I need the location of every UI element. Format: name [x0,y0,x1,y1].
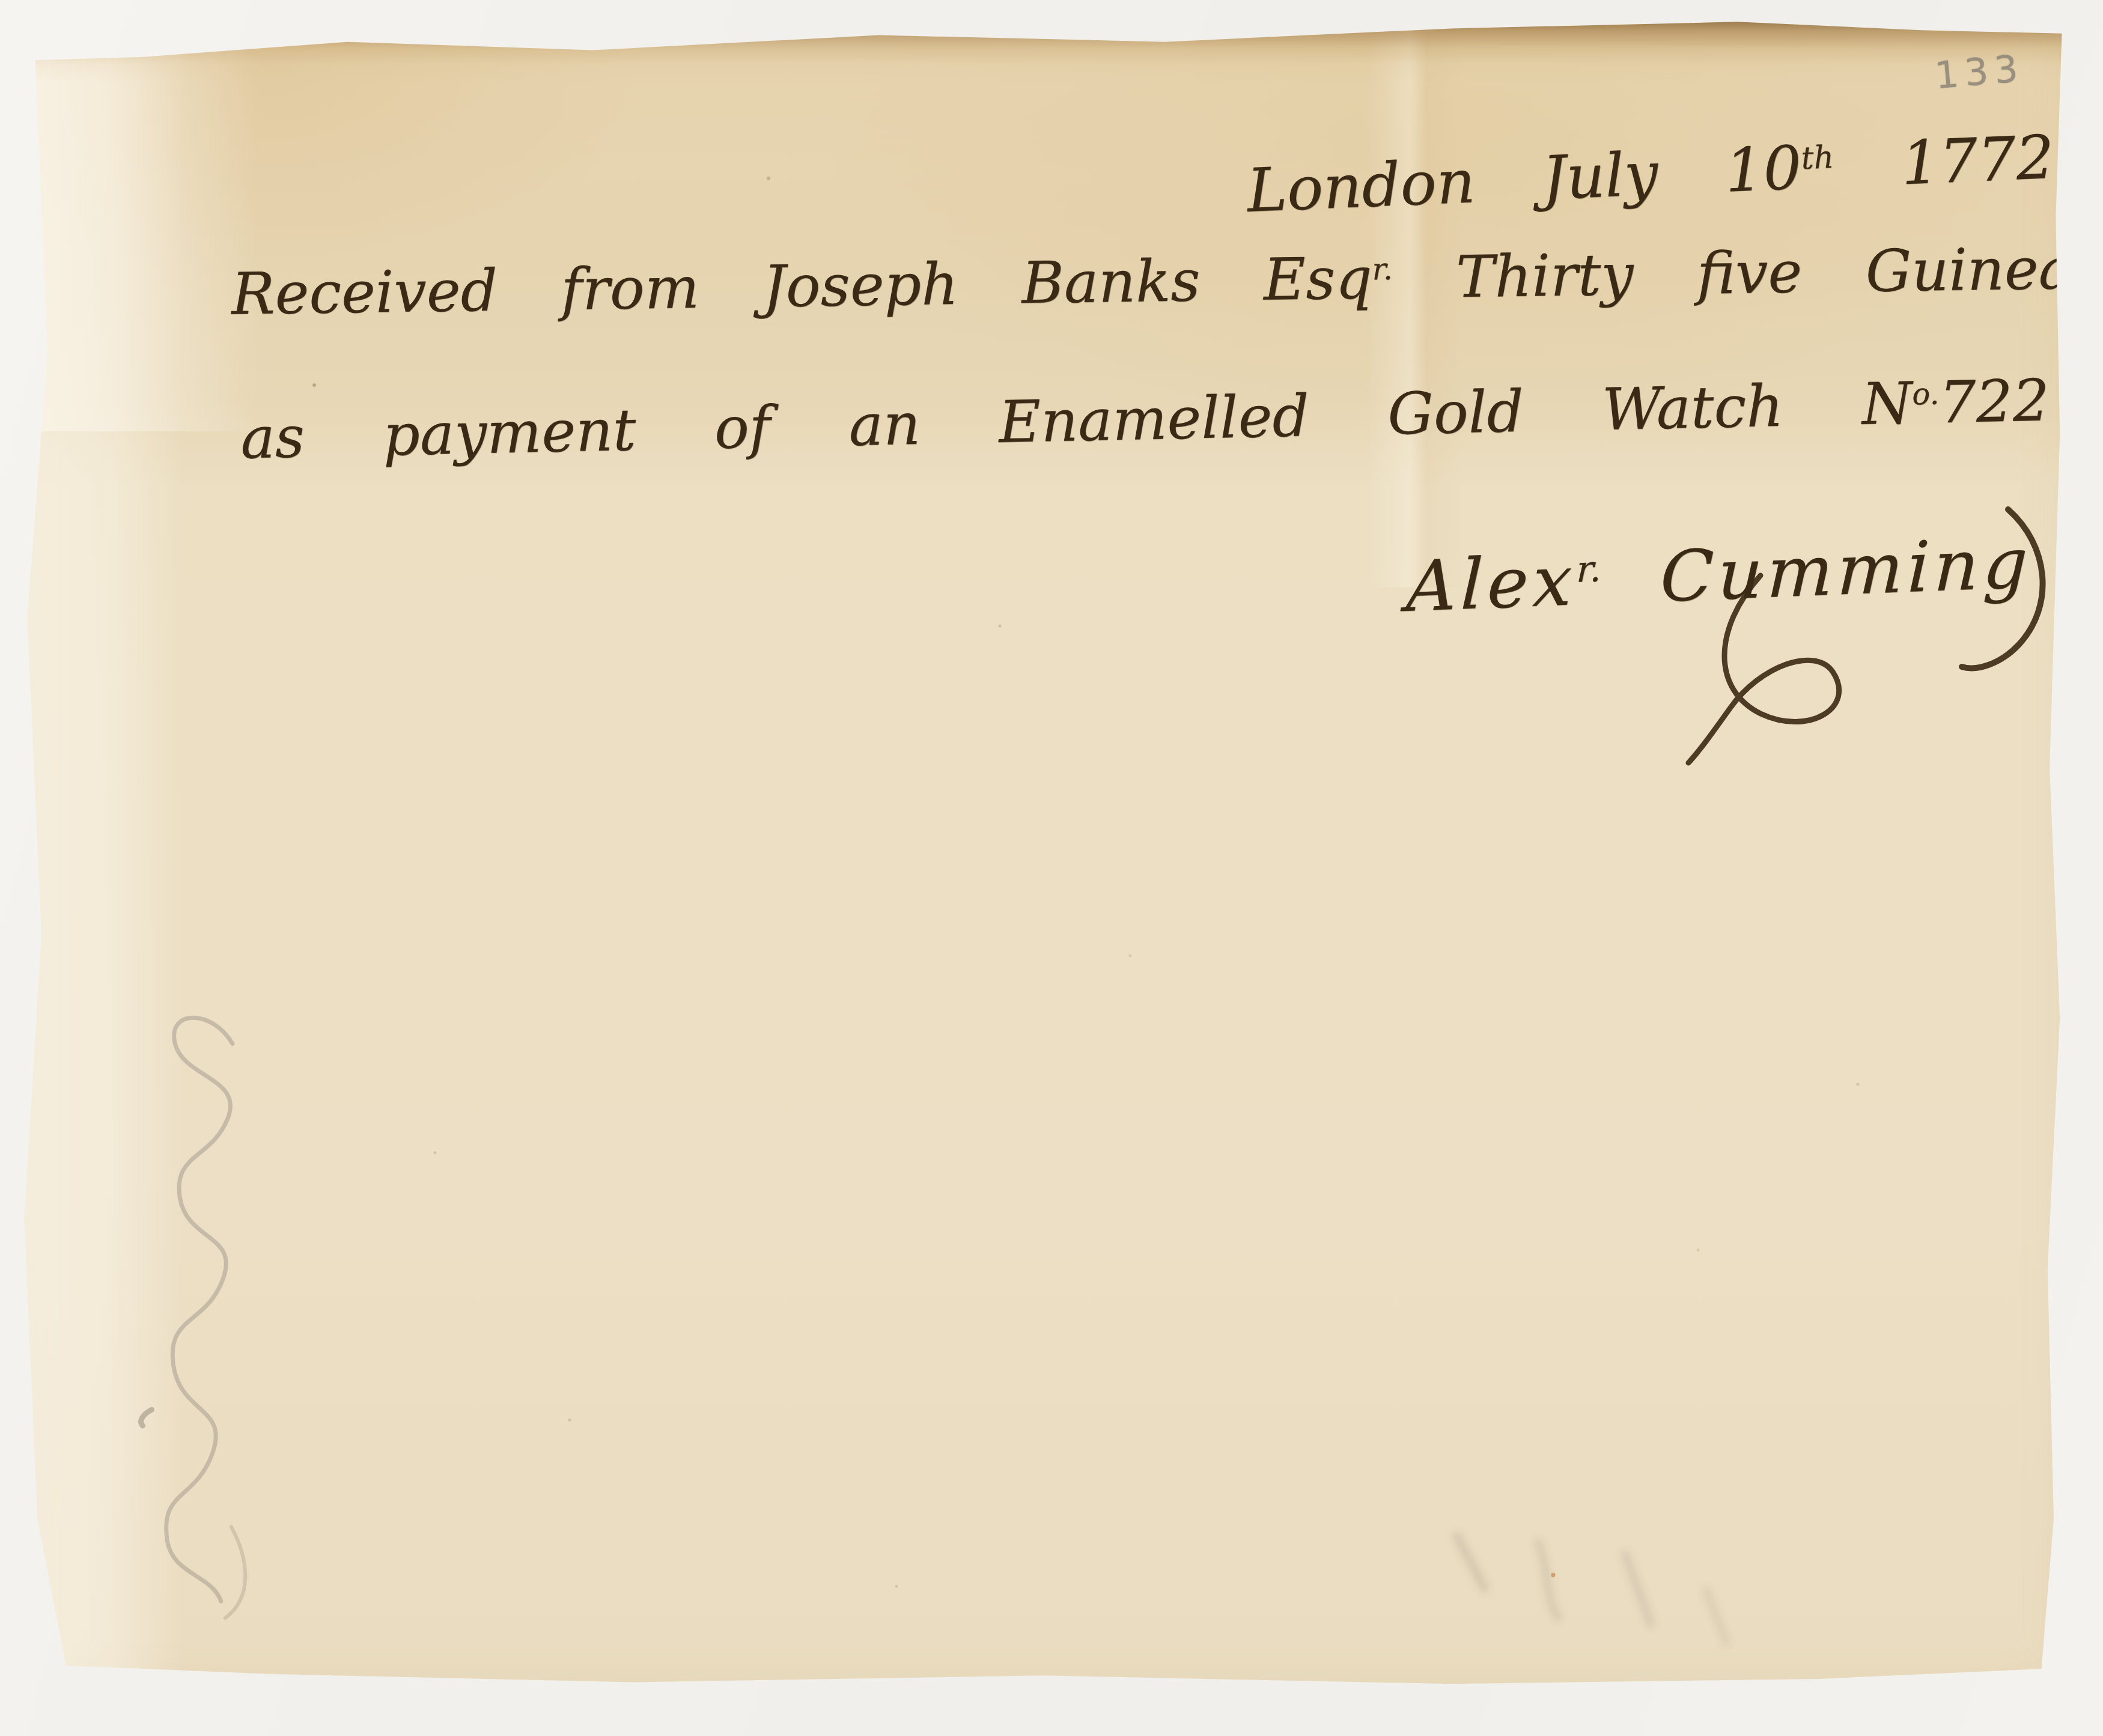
receipt-line-2: as payment of an Enamelled Gold Watch No… [240,371,2050,467]
receipt-line-1: Received from Joseph Banks Esqr. Thirty … [231,239,2102,323]
signature-superscript: r. [1576,548,1602,591]
signature-surname: Cumming [1659,523,2033,618]
date-year: 1772 [1900,122,2056,199]
date-place: London [1246,146,1476,226]
signature-forename: Alex [1405,540,1577,628]
date-ordinal-suffix: th [1800,139,1834,177]
torn-top-edge [21,17,2064,83]
paper-specks [21,17,22,18]
line1-amount: Thirty five Guineas [1456,234,2103,311]
bottom-pencil-smudges [1409,1495,1800,1675]
date-line: London July 10th 1772 [1246,127,2055,221]
receipt-paper: 133 London July 10th 1772 Received from … [21,17,2064,1686]
line2-superscript: o. [1912,376,1940,411]
line1-text: Received from Joseph Banks Esq [231,244,1372,327]
line2-watch-number: 722 [1938,366,2050,436]
folio-number: 133 [1933,46,2025,98]
date-month-day: July 10 [1541,133,1803,214]
photograph-background: 133 London July 10th 1772 Received from … [0,0,2103,1736]
left-margin-pencil-scrawl [58,990,327,1633]
paper-top-left-light-patch [21,17,279,431]
line2-text: as payment of an Enamelled Gold Watch N [240,369,1913,472]
line1-superscript: r. [1372,252,1393,287]
